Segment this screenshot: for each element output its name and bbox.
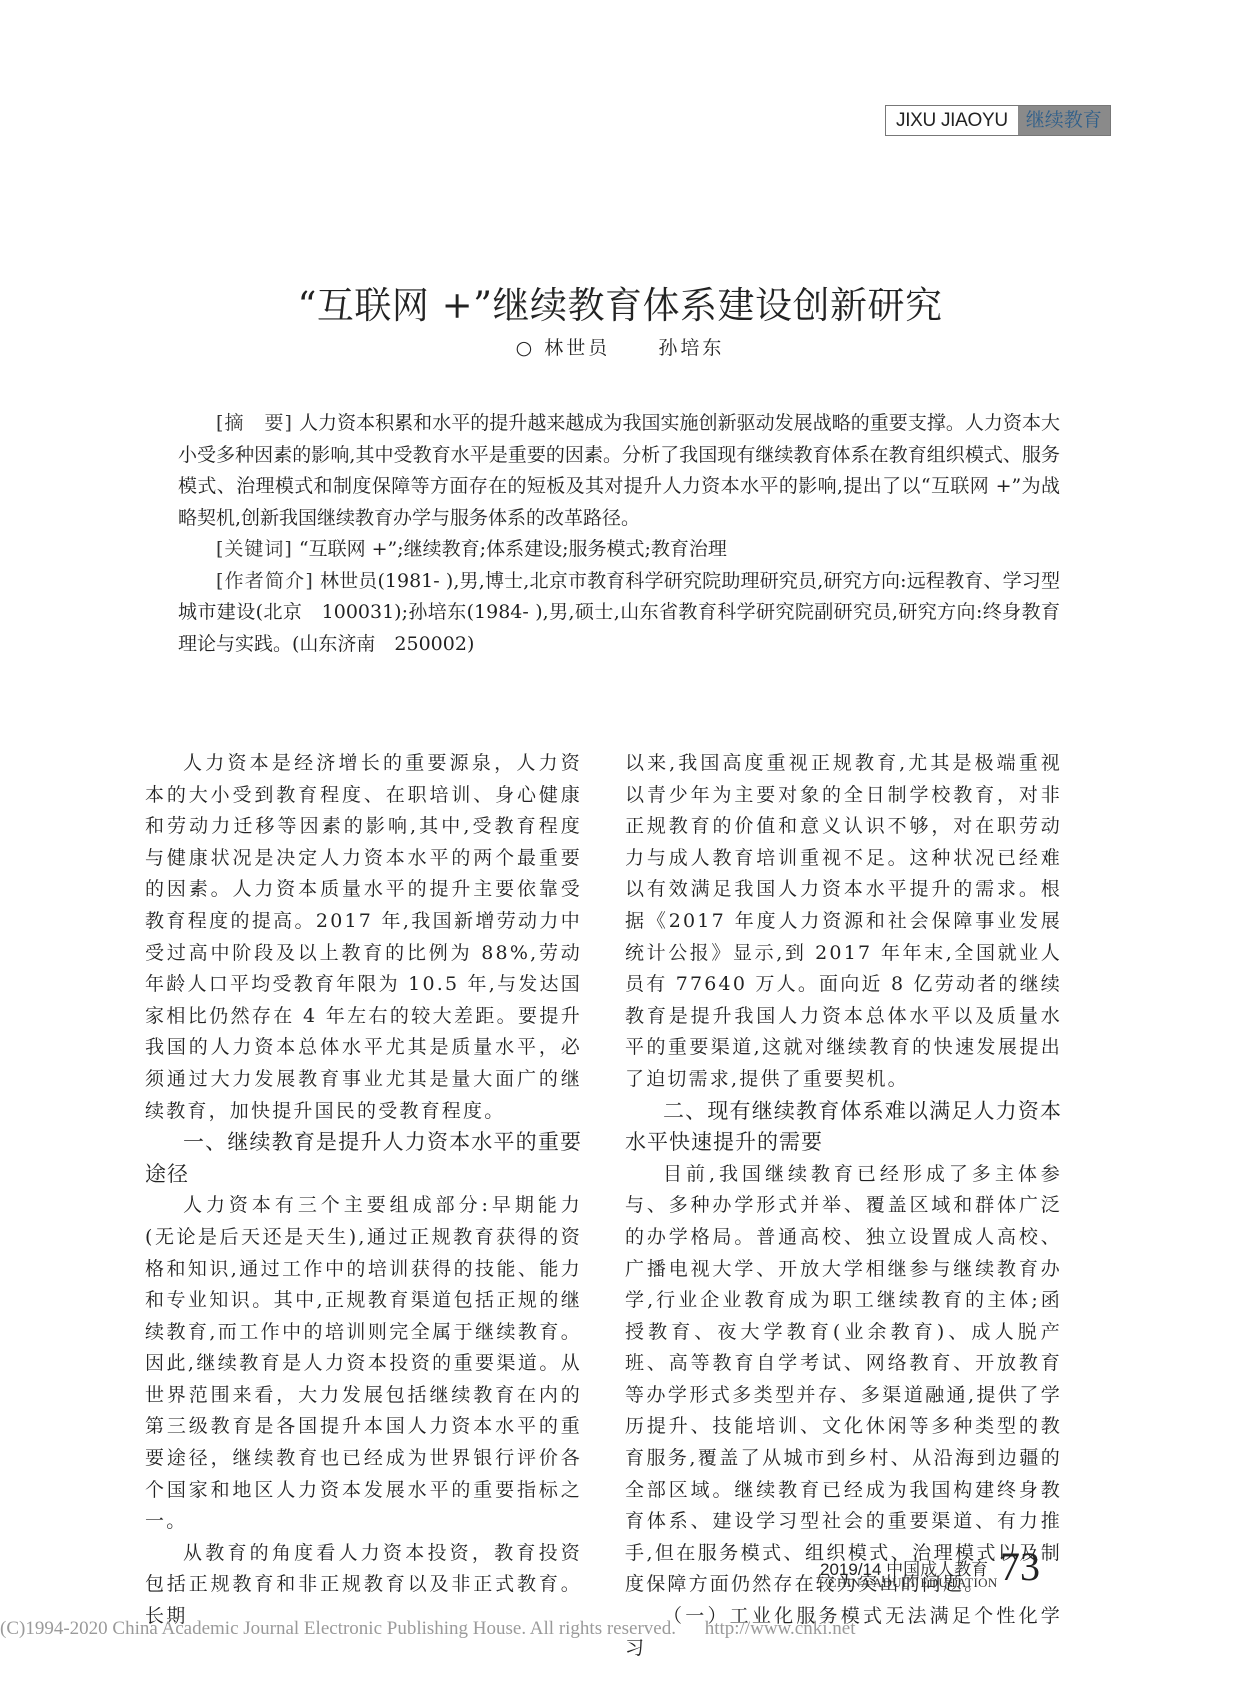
copyright-url[interactable]: http://www.cnki.net [705,1618,856,1639]
section-heading: 一、继续教育是提升人力资本水平的重要途径 [145,1127,582,1190]
author-name: 孙培东 [658,337,724,359]
abstract-block: [摘 要] 人力资本积累和水平的提升越来越成为我国实施创新驱动发展战略的重要支撑… [178,408,1060,660]
body-column-right: 以来,我国高度重视正规教育,尤其是极端重视以青少年为主要对象的全日制学校教育，对… [625,748,1062,1664]
author-intro-paragraph: [作者简介] 林世员(1981- ),男,博士,北京市教育科学研究院助理研究员,… [178,566,1060,661]
author-name: 林世员 [544,337,610,359]
author-line: ○ 林世员 孙培东 [0,333,1240,360]
author-marker-icon: ○ [516,337,536,359]
body-column-left: 人力资本是经济增长的重要源泉，人力资本的大小受到教育程度、在职培训、身心健康和劳… [145,748,582,1633]
abstract-paragraph: [摘 要] 人力资本积累和水平的提升越来越成为我国实施创新驱动发展战略的重要支撑… [178,408,1060,534]
body-paragraph: 以来,我国高度重视正规教育,尤其是极端重视以青少年为主要对象的全日制学校教育，对… [625,748,1062,1096]
keywords-label: [关键词] [216,538,293,560]
keywords-paragraph: [关键词] “互联网 +”;继续教育;体系建设;服务模式;教育治理 [178,534,1060,566]
section-heading: 二、现有继续教育体系难以满足人力资本水平快速提升的需要 [625,1096,1062,1159]
abstract-text: 人力资本积累和水平的提升越来越成为我国实施创新驱动发展战略的重要支撑。人力资本大… [178,412,1060,529]
section-tag-en: JIXU JIAOYU [886,106,1018,135]
copyright-line: (C)1994-2020 China Academic Journal Elec… [0,1618,855,1640]
section-tag-cn: 继续教育 [1018,106,1110,135]
body-paragraph: 目前,我国继续教育已经形成了多主体参与、多种办学形式并举、覆盖区域和群体广泛的办… [625,1159,1062,1601]
footer-journal-en: CHINA ADULT EDUCATION [828,1575,998,1591]
body-paragraph: 人力资本有三个主要组成部分:早期能力(无论是后天还是天生),通过正规教育获得的资… [145,1190,582,1538]
article-title: “互联网 +”继续教育体系建设创新研究 [0,275,1240,329]
author-intro-label: [作者简介] [216,570,314,592]
abstract-label: [摘 要] [216,412,293,434]
copyright-text: (C)1994-2020 China Academic Journal Elec… [0,1618,676,1639]
journal-section-tag: JIXU JIAOYU 继续教育 [885,105,1111,136]
body-paragraph: 人力资本是经济增长的重要源泉，人力资本的大小受到教育程度、在职培训、身心健康和劳… [145,748,582,1127]
page-number: 73 [1000,1543,1040,1590]
keywords-text: “互联网 +”;继续教育;体系建设;服务模式;教育治理 [299,538,727,560]
